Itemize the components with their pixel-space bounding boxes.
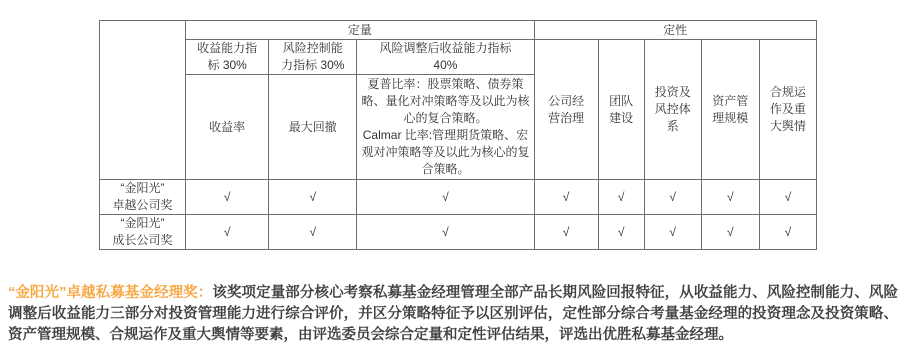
- check-cell: √: [701, 180, 759, 215]
- quant-group-header: 定量: [186, 21, 534, 40]
- col-header-investment-risk-system: 投资及 风控体 系: [644, 40, 701, 180]
- check-cell: √: [598, 215, 644, 250]
- table-corner-cell: [100, 21, 186, 180]
- award-criteria-table: 定量 定性 收益能力指 标 30% 风险控制能 力指标 30% 风险调整后收益能…: [99, 20, 817, 250]
- col-header-corporate-governance: 公司经 营治理: [534, 40, 598, 180]
- metric-max-drawdown: 最大回撤: [269, 75, 357, 180]
- check-cell: √: [759, 180, 816, 215]
- check-cell: √: [701, 215, 759, 250]
- col-header-return-ability: 收益能力指 标 30%: [186, 40, 269, 75]
- col-header-aum: 资产管 理规模: [701, 40, 759, 180]
- metric-return-rate: 收益率: [186, 75, 269, 180]
- check-cell: √: [534, 215, 598, 250]
- check-cell: √: [357, 215, 534, 250]
- col-header-risk-control: 风险控制能 力指标 30%: [269, 40, 357, 75]
- check-cell: √: [186, 215, 269, 250]
- check-cell: √: [644, 215, 701, 250]
- col-header-compliance-publicity: 合规运 作及重 大舆情: [759, 40, 816, 180]
- check-cell: √: [269, 215, 357, 250]
- col-header-team-building: 团队 建设: [598, 40, 644, 180]
- table-row: “金阳光” 卓越公司奖 √ √ √ √ √ √ √ √: [100, 180, 817, 215]
- page: 定量 定性 收益能力指 标 30% 风险控制能 力指标 30% 风险调整后收益能…: [0, 0, 904, 361]
- table-row: “金阳光” 成长公司奖 √ √ √ √ √ √ √ √: [100, 215, 817, 250]
- check-cell: √: [598, 180, 644, 215]
- check-cell: √: [269, 180, 357, 215]
- metric-sharpe-calmar: 夏普比率：股票策略、债券策略、量化对冲策略等及以此为核心的复合策略。 Calma…: [357, 75, 534, 180]
- check-cell: √: [644, 180, 701, 215]
- row-label-growth-company-award: “金阳光” 成长公司奖: [100, 215, 186, 250]
- award-description-paragraph: “金阳光”卓越私募基金经理奖：该奖项定量部分核心考察私募基金经理管理全部产品长期…: [8, 283, 898, 346]
- qual-group-header: 定性: [534, 21, 816, 40]
- col-header-risk-adjusted-return: 风险调整后收益能力指标 40%: [357, 40, 534, 75]
- check-cell: √: [357, 180, 534, 215]
- row-label-excellent-company-award: “金阳光” 卓越公司奖: [100, 180, 186, 215]
- check-cell: √: [759, 215, 816, 250]
- check-cell: √: [534, 180, 598, 215]
- check-cell: √: [186, 180, 269, 215]
- award-title-accent: “金阳光”卓越私募基金经理奖：: [8, 285, 212, 301]
